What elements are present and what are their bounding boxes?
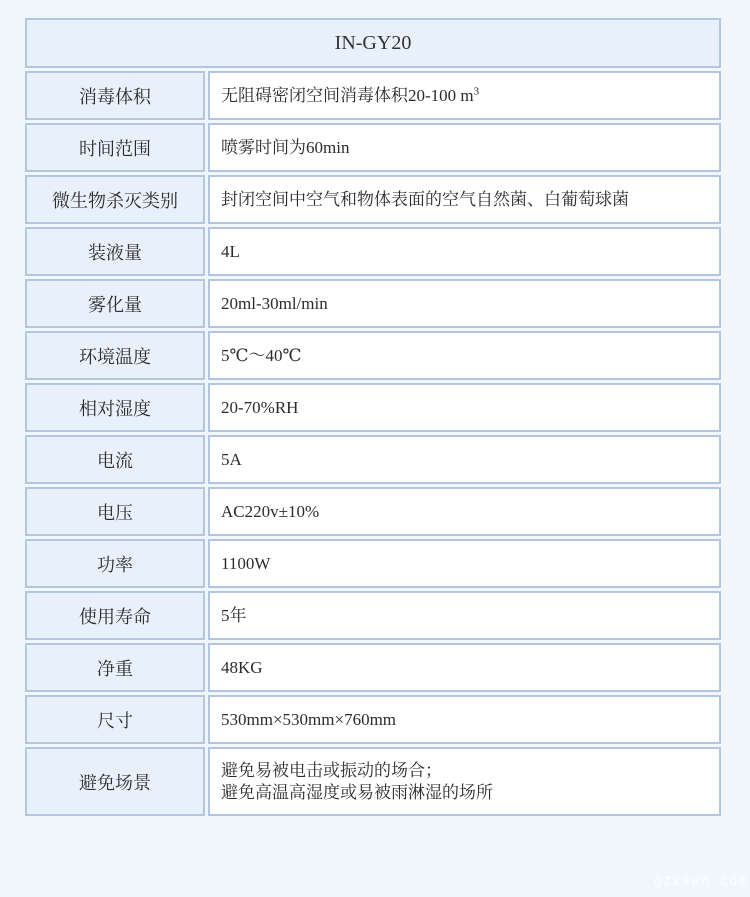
row-value: AC220v±10%: [208, 487, 721, 536]
table-row: 电压 AC220v±10%: [25, 487, 721, 536]
row-value: 5℃～40℃: [208, 331, 721, 380]
table-title: IN-GY20: [25, 18, 721, 68]
row-label: 功率: [25, 539, 205, 588]
row-label: 雾化量: [25, 279, 205, 328]
spec-table: IN-GY20 消毒体积 无阻碍密闭空间消毒体积20-100 m3 时间范围 喷…: [25, 18, 721, 816]
row-value: 1100W: [208, 539, 721, 588]
row-value-text: 无阻碍密闭空间消毒体积20-100 m: [221, 86, 474, 105]
row-label: 净重: [25, 643, 205, 692]
row-value: 无阻碍密闭空间消毒体积20-100 m3: [208, 71, 721, 120]
row-value: 5A: [208, 435, 721, 484]
row-value: 喷雾时间为60min: [208, 123, 721, 172]
row-value-line: 避免易被电击或振动的场合；: [221, 760, 719, 782]
row-value-line: 避免高温高湿度或易被雨淋湿的场所: [221, 782, 719, 804]
table-row: 电流 5A: [25, 435, 721, 484]
page: IN-GY20 消毒体积 无阻碍密闭空间消毒体积20-100 m3 时间范围 喷…: [0, 0, 750, 897]
row-label: 时间范围: [25, 123, 205, 172]
row-label: 装液量: [25, 227, 205, 276]
row-value: 5年: [208, 591, 721, 640]
table-row: 消毒体积 无阻碍密闭空间消毒体积20-100 m3: [25, 71, 721, 120]
row-value: 530mm×530mm×760mm: [208, 695, 721, 744]
table-row: 使用寿命 5年: [25, 591, 721, 640]
table-row: 尺寸 530mm×530mm×760mm: [25, 695, 721, 744]
row-value: 20-70%RH: [208, 383, 721, 432]
row-label: 避免场景: [25, 747, 205, 816]
table-row: 微生物杀灭类别 封闭空间中空气和物体表面的空气自然菌、白葡萄球菌: [25, 175, 721, 224]
table-row: 装液量 4L: [25, 227, 721, 276]
row-label: 相对湿度: [25, 383, 205, 432]
watermark: gzxswn.com: [654, 873, 748, 889]
row-value: 4L: [208, 227, 721, 276]
row-value: 48KG: [208, 643, 721, 692]
row-label: 消毒体积: [25, 71, 205, 120]
row-value: 20ml-30ml/min: [208, 279, 721, 328]
row-label: 微生物杀灭类别: [25, 175, 205, 224]
table-row: 时间范围 喷雾时间为60min: [25, 123, 721, 172]
row-label: 尺寸: [25, 695, 205, 744]
superscript: 3: [474, 85, 480, 97]
table-row: 功率 1100W: [25, 539, 721, 588]
table-row: 雾化量 20ml-30ml/min: [25, 279, 721, 328]
table-row: 相对湿度 20-70%RH: [25, 383, 721, 432]
row-label: 电流: [25, 435, 205, 484]
row-label: 电压: [25, 487, 205, 536]
row-value: 避免易被电击或振动的场合； 避免高温高湿度或易被雨淋湿的场所: [208, 747, 721, 816]
row-label: 使用寿命: [25, 591, 205, 640]
row-value: 封闭空间中空气和物体表面的空气自然菌、白葡萄球菌: [208, 175, 721, 224]
table-row: 避免场景 避免易被电击或振动的场合； 避免高温高湿度或易被雨淋湿的场所: [25, 747, 721, 816]
row-label: 环境温度: [25, 331, 205, 380]
table-row: 净重 48KG: [25, 643, 721, 692]
table-row: 环境温度 5℃～40℃: [25, 331, 721, 380]
